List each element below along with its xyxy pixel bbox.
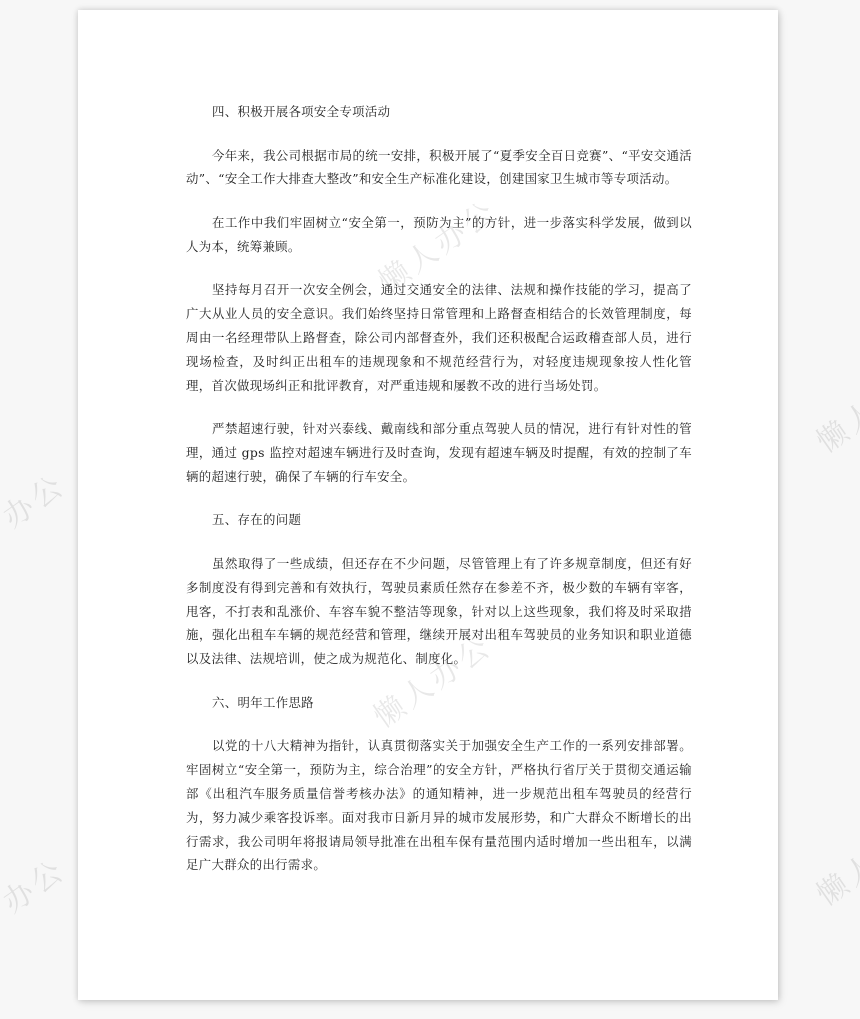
watermark-left-2: 办公 bbox=[0, 846, 73, 921]
watermark-right-2: 懒人办 bbox=[806, 819, 860, 914]
document-viewer[interactable]: 办公 办公 懒人办 懒人办 懒人办公 懒人办公 四、积极开展各项安全专项活动 今… bbox=[0, 0, 860, 1019]
paragraph: 以党的十八大精神为指针，认真贯彻落实关于加强安全生产工作的一系列安排部署。牢固树… bbox=[186, 734, 692, 877]
paragraph: 在工作中我们牢固树立“安全第一，预防为主”的方针，进一步落实科学发展，做到以人为… bbox=[186, 211, 692, 259]
document-page: 懒人办公 懒人办公 四、积极开展各项安全专项活动 今年来，我公司根据市局的统一安… bbox=[78, 10, 778, 1000]
watermark-left-1: 办公 bbox=[0, 461, 73, 536]
paragraph: 严禁超速行驶，针对兴泰线、戴南线和部分重点驾驶人员的情况，进行有针对性的管理，通… bbox=[186, 417, 692, 488]
section-heading-4: 四、积极开展各项安全专项活动 bbox=[186, 100, 692, 124]
paragraph: 今年来，我公司根据市局的统一安排，积极开展了“夏季安全百日竞赛”、“平安交通活动… bbox=[186, 144, 692, 192]
section-heading-6: 六、明年工作思路 bbox=[186, 691, 692, 715]
paragraph: 坚持每月召开一次安全例会，通过交通安全的法律、法规和操作技能的学习，提高了广大从… bbox=[186, 278, 692, 397]
section-heading-5: 五、存在的问题 bbox=[186, 508, 692, 532]
paragraph: 虽然取得了一些成绩，但还存在不少问题，尽管管理上有了许多规章制度，但还有好多制度… bbox=[186, 552, 692, 671]
document-content: 四、积极开展各项安全专项活动 今年来，我公司根据市局的统一安排，积极开展了“夏季… bbox=[186, 100, 692, 897]
watermark-right-1: 懒人办 bbox=[806, 366, 860, 461]
